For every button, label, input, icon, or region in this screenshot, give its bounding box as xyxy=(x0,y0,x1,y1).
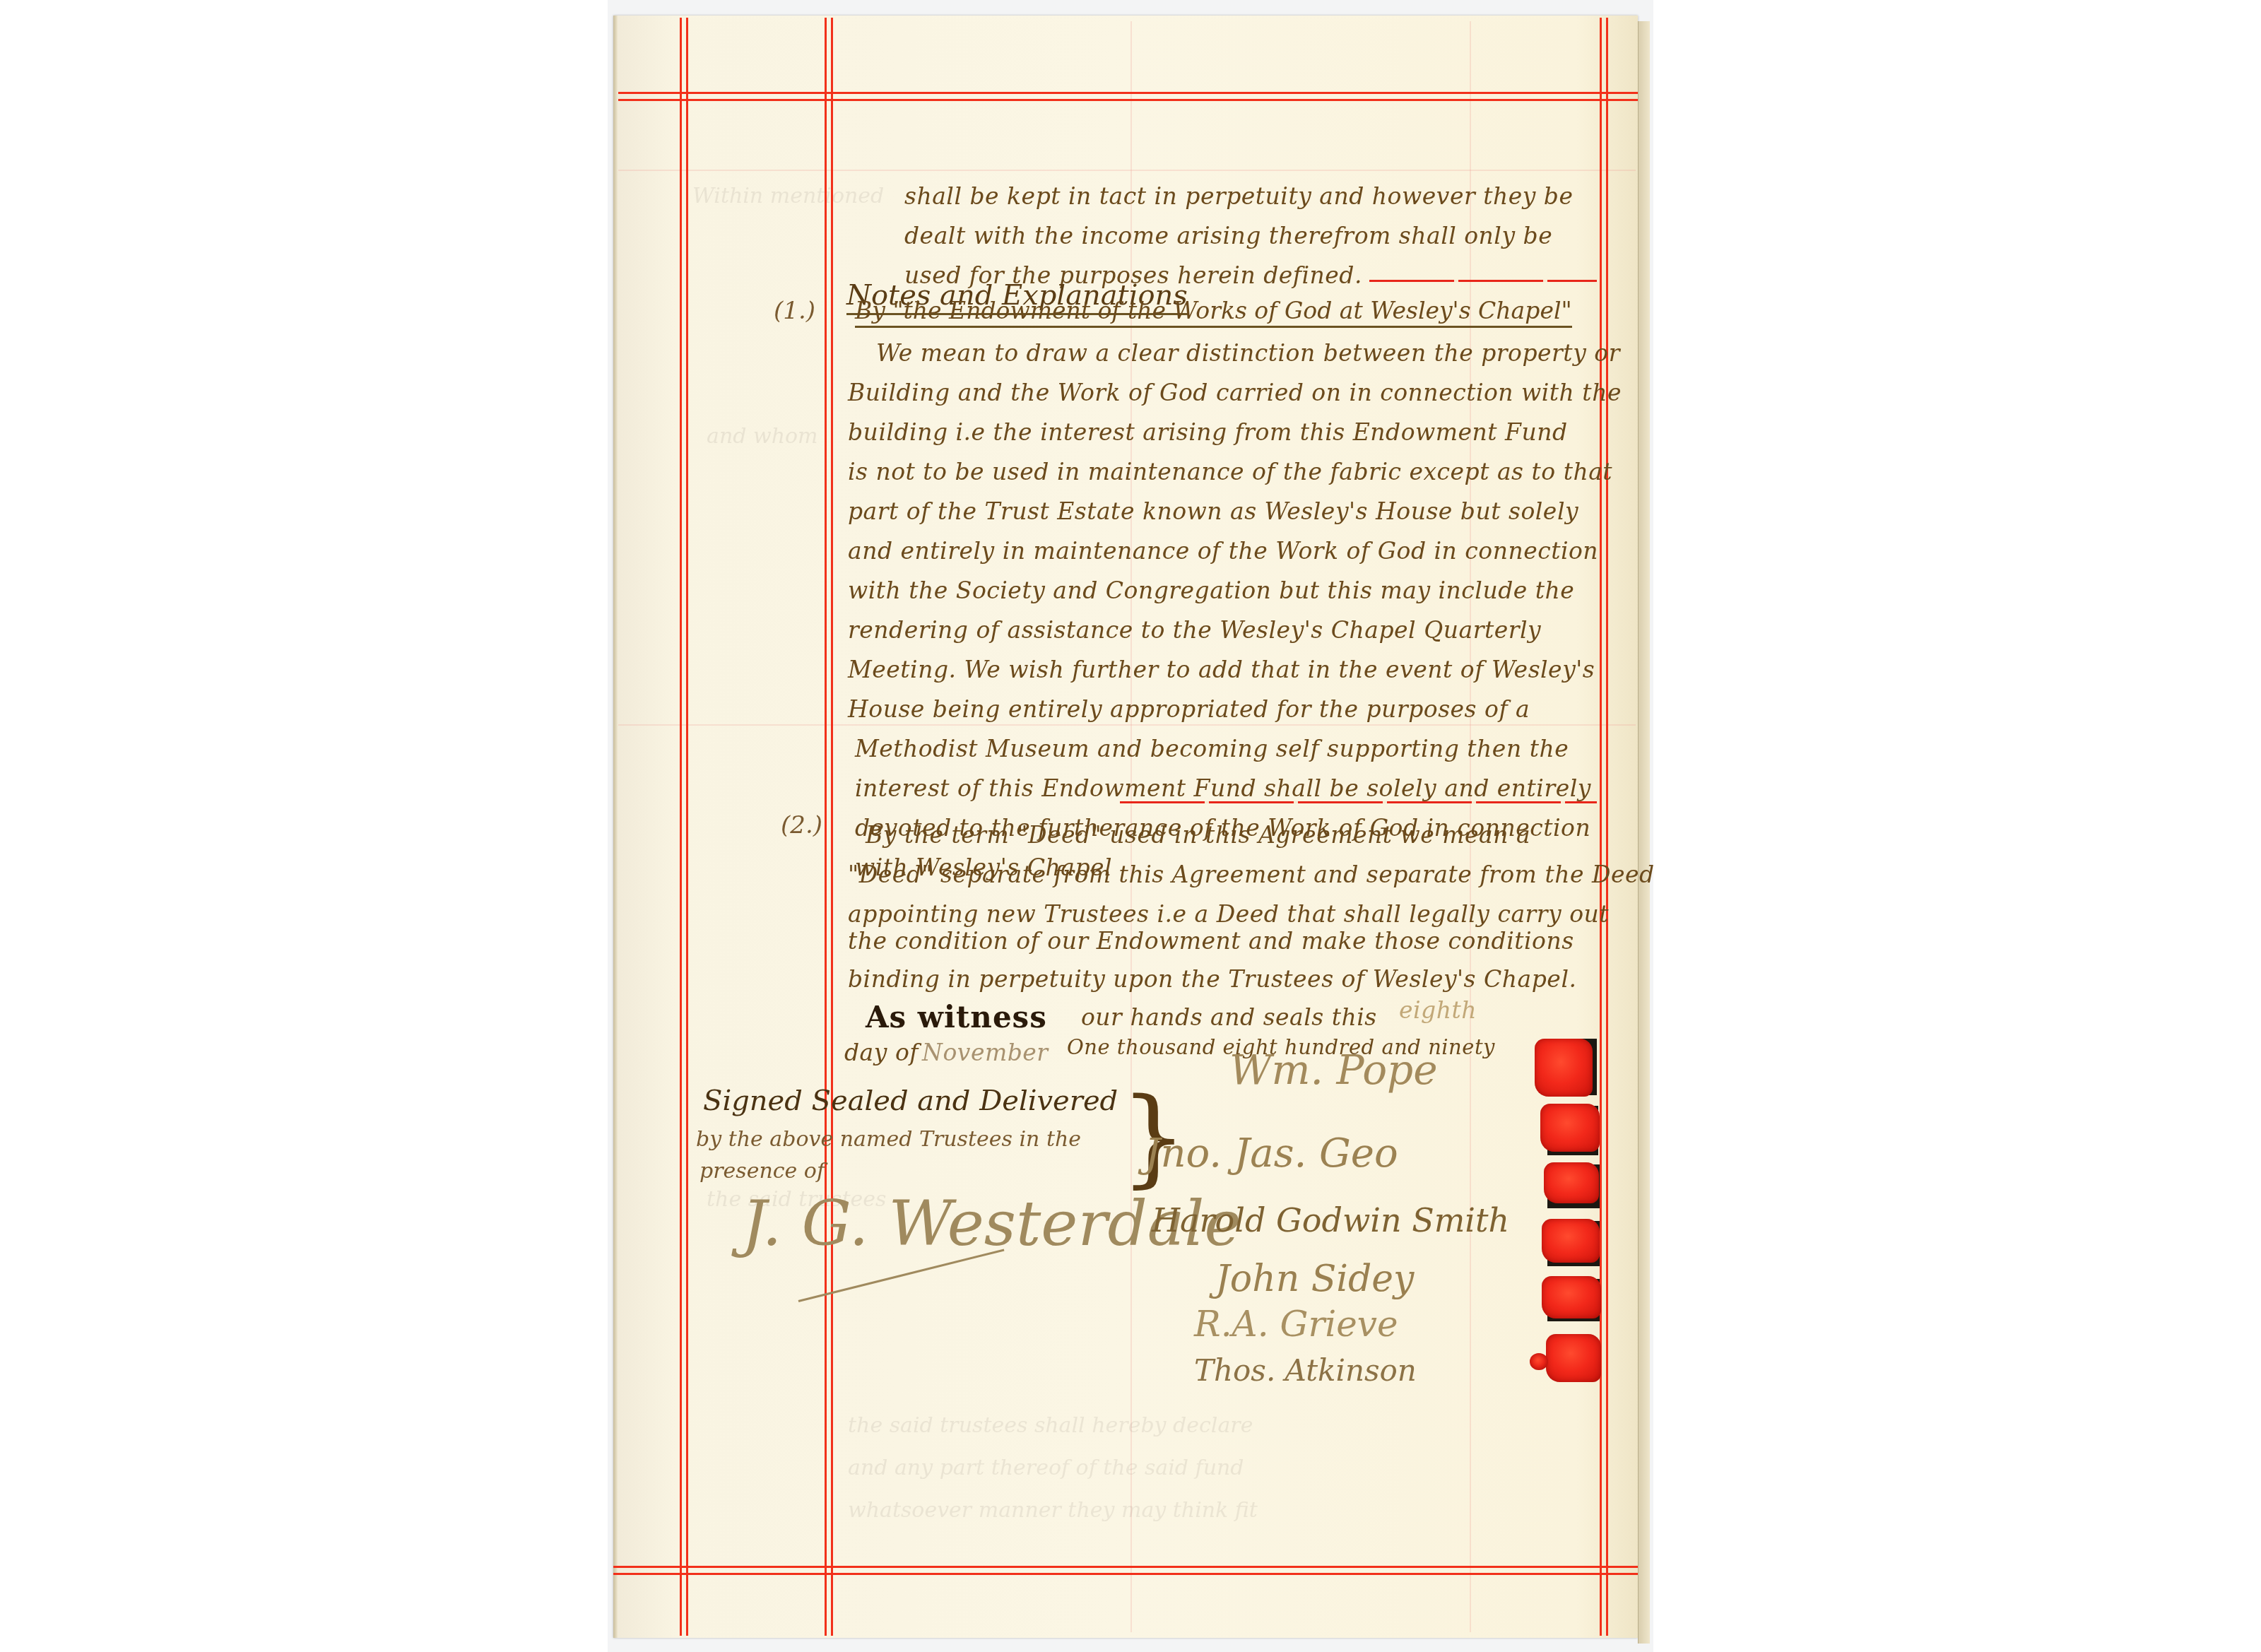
note-1-line: interest of this Endowment Fund shall be… xyxy=(855,774,1591,802)
wax-seal-drip xyxy=(1530,1353,1548,1370)
note-1-line: and entirely in maintenance of the Work … xyxy=(848,537,1598,565)
line-filler-rule xyxy=(1369,280,1597,282)
witness-clause-text: our hands and seals this xyxy=(1081,1003,1377,1031)
note-1-line: House being entirely appropriated for th… xyxy=(848,695,1530,723)
note-2-line: the condition of our Endowment and make … xyxy=(848,927,1574,955)
note-1-line: We mean to draw a clear distinction betw… xyxy=(876,339,1620,367)
note-2-line: appointing new Trustees i.e a Deed that … xyxy=(848,900,1609,928)
trustee-signature: Thos. Atkinson xyxy=(1194,1353,1417,1388)
attestation-line-2: by the above named Trustees in the xyxy=(696,1127,1081,1152)
page-left-edge xyxy=(613,16,618,1638)
note-1-title: By "the Endowment of the Works of God at… xyxy=(855,297,1572,328)
right-margin-rule-1 xyxy=(1600,18,1602,1636)
wax-seal xyxy=(1540,1104,1600,1152)
note-1-marker: (1.) xyxy=(774,297,815,325)
text-margin-rule-1 xyxy=(825,18,827,1636)
note-2-line: By the term "Deed" used in this Agreemen… xyxy=(866,821,1530,849)
note-1-line: Methodist Museum and becoming self suppo… xyxy=(855,735,1569,762)
witness-clause-day-of: day of xyxy=(844,1039,919,1066)
trustee-signature: Harold Godwin Smith xyxy=(1152,1201,1509,1239)
note-2-marker: (2.) xyxy=(781,811,822,839)
trustee-signature: R.A. Grieve xyxy=(1194,1304,1398,1345)
note-1-line: Meeting. We wish further to add that in … xyxy=(848,656,1595,683)
note-1-line: is not to be used in maintenance of the … xyxy=(848,458,1612,485)
bleed-through-text: whatsoever manner they may think fit xyxy=(848,1498,1258,1523)
intro-line: dealt with the income arising therefrom … xyxy=(904,222,1552,249)
note-1-line: rendering of assistance to the Wesley's … xyxy=(848,616,1541,644)
wax-seal xyxy=(1542,1276,1601,1318)
wax-seal xyxy=(1546,1334,1601,1382)
wax-seal xyxy=(1542,1219,1600,1263)
bleed-through-text: and whom xyxy=(707,424,817,449)
wax-seal xyxy=(1535,1039,1593,1097)
trustee-signature: John Sidey xyxy=(1215,1258,1414,1300)
wax-seal xyxy=(1544,1162,1599,1203)
bottom-rule-line-1 xyxy=(613,1566,1638,1568)
witness-clause-month: November xyxy=(922,1039,1049,1066)
witness-clause-lead: As witness xyxy=(866,1000,1047,1034)
bleed-through-text: Within mentioned xyxy=(692,184,884,208)
note-1-line: Building and the Work of God carried on … xyxy=(848,379,1622,406)
binding-spine xyxy=(1638,21,1650,1644)
trustee-signature: Wm. Pope xyxy=(1229,1046,1438,1094)
top-rule-line-2 xyxy=(618,99,1638,101)
attestation-line-3: presence of xyxy=(699,1159,825,1184)
attestation-line-1: Signed Sealed and Delivered xyxy=(703,1085,1118,1117)
text-margin-rule-2 xyxy=(831,18,833,1636)
right-margin-rule-2 xyxy=(1606,18,1608,1636)
left-margin-rule-1 xyxy=(680,18,682,1636)
bleed-through-text: and any part thereof of the said fund xyxy=(848,1456,1244,1480)
intro-line: shall be kept in tact in perpetuity and … xyxy=(904,182,1574,210)
note-2-line: "Deed" separate from this Agreement and … xyxy=(848,861,1655,888)
bleed-through-text: the said trustees shall hereby declare xyxy=(848,1413,1253,1438)
top-rule-line-1 xyxy=(618,92,1638,94)
note-2-line: binding in perpetuity upon the Trustees … xyxy=(848,965,1576,993)
witness-clause-day: eighth xyxy=(1399,996,1477,1024)
note-1-line: with the Society and Congregation but th… xyxy=(848,577,1574,604)
left-margin-rule-2 xyxy=(686,18,688,1636)
note-1-line: part of the Trust Estate known as Wesley… xyxy=(848,497,1578,525)
faint-ruling-horizontal xyxy=(618,170,1636,171)
line-filler-rule xyxy=(1120,801,1597,803)
bottom-rule-line-2 xyxy=(613,1573,1638,1575)
faint-ruling-horizontal xyxy=(618,724,1636,726)
trustee-signature: Jno. Jas. Geo xyxy=(1145,1131,1398,1176)
note-1-line: building i.e the interest arising from t… xyxy=(848,418,1568,446)
